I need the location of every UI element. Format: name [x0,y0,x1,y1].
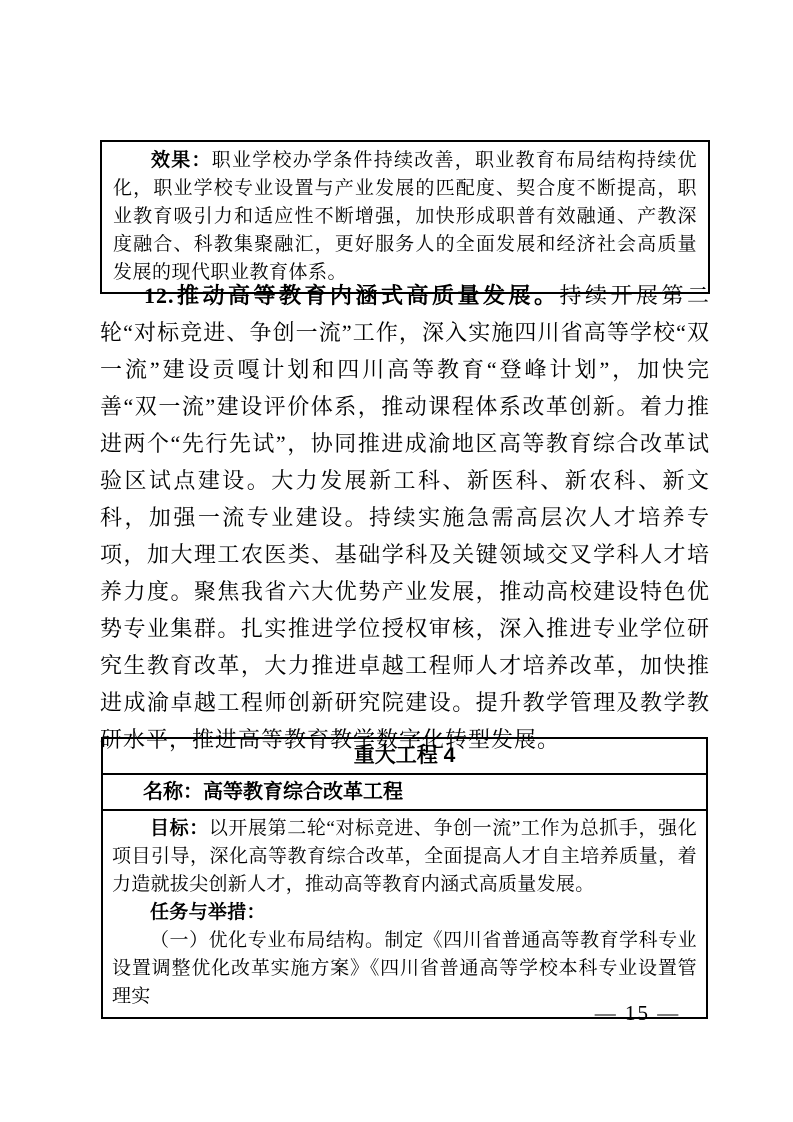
section-12-body: 持续开展第二轮“对标竞进、争创一流”工作，深入实施四川省高等学校“双一流”建设贡… [100,283,710,752]
section-12-paragraph: 12.推动高等教育内涵式高质量发展。持续开展第二轮“对标竞进、争创一流”工作，深… [100,277,710,758]
effect-label: 效果： [151,150,212,171]
table-name-row: 名称：高等教育综合改革工程 [103,775,706,811]
table-tasks-label: 任务与举措： [112,899,697,927]
table-title-row: 重大工程 4 [103,739,706,775]
tasks-label: 任务与举措： [150,902,266,923]
effect-summary-box: 效果：职业学校办学条件持续改善，职业教育布局结构持续优化，职业学校专业设置与产业… [100,140,710,294]
major-project-4-table: 重大工程 4 名称：高等教育综合改革工程 目标：以开展第二轮“对标竞进、争创一流… [101,737,708,1019]
document-page: 效果：职业学校办学条件持续改善，职业教育布局结构持续优化，职业学校专业设置与产业… [0,0,793,1122]
section-12-heading: 12.推动高等教育内涵式高质量发展。 [144,283,559,308]
table-goal-paragraph: 目标：以开展第二轮“对标竞进、争创一流”工作为总抓手，强化项目引导，深化高等教育… [112,815,697,899]
goal-label: 目标： [150,818,209,839]
page-number: — 15 — [560,1001,715,1026]
effect-paragraph: 效果：职业学校办学条件持续改善，职业教育布局结构持续优化，职业学校专业设置与产业… [113,147,697,287]
task-1-lead: （一）优化专业布局结构。 [150,930,385,951]
table-task-1-paragraph: （一）优化专业布局结构。制定《四川省普通高等教育学科专业设置调整优化改革实施方案… [112,927,697,1011]
table-body-row: 目标：以开展第二轮“对标竞进、争创一流”工作为总抓手，强化项目引导，深化高等教育… [103,811,706,1017]
